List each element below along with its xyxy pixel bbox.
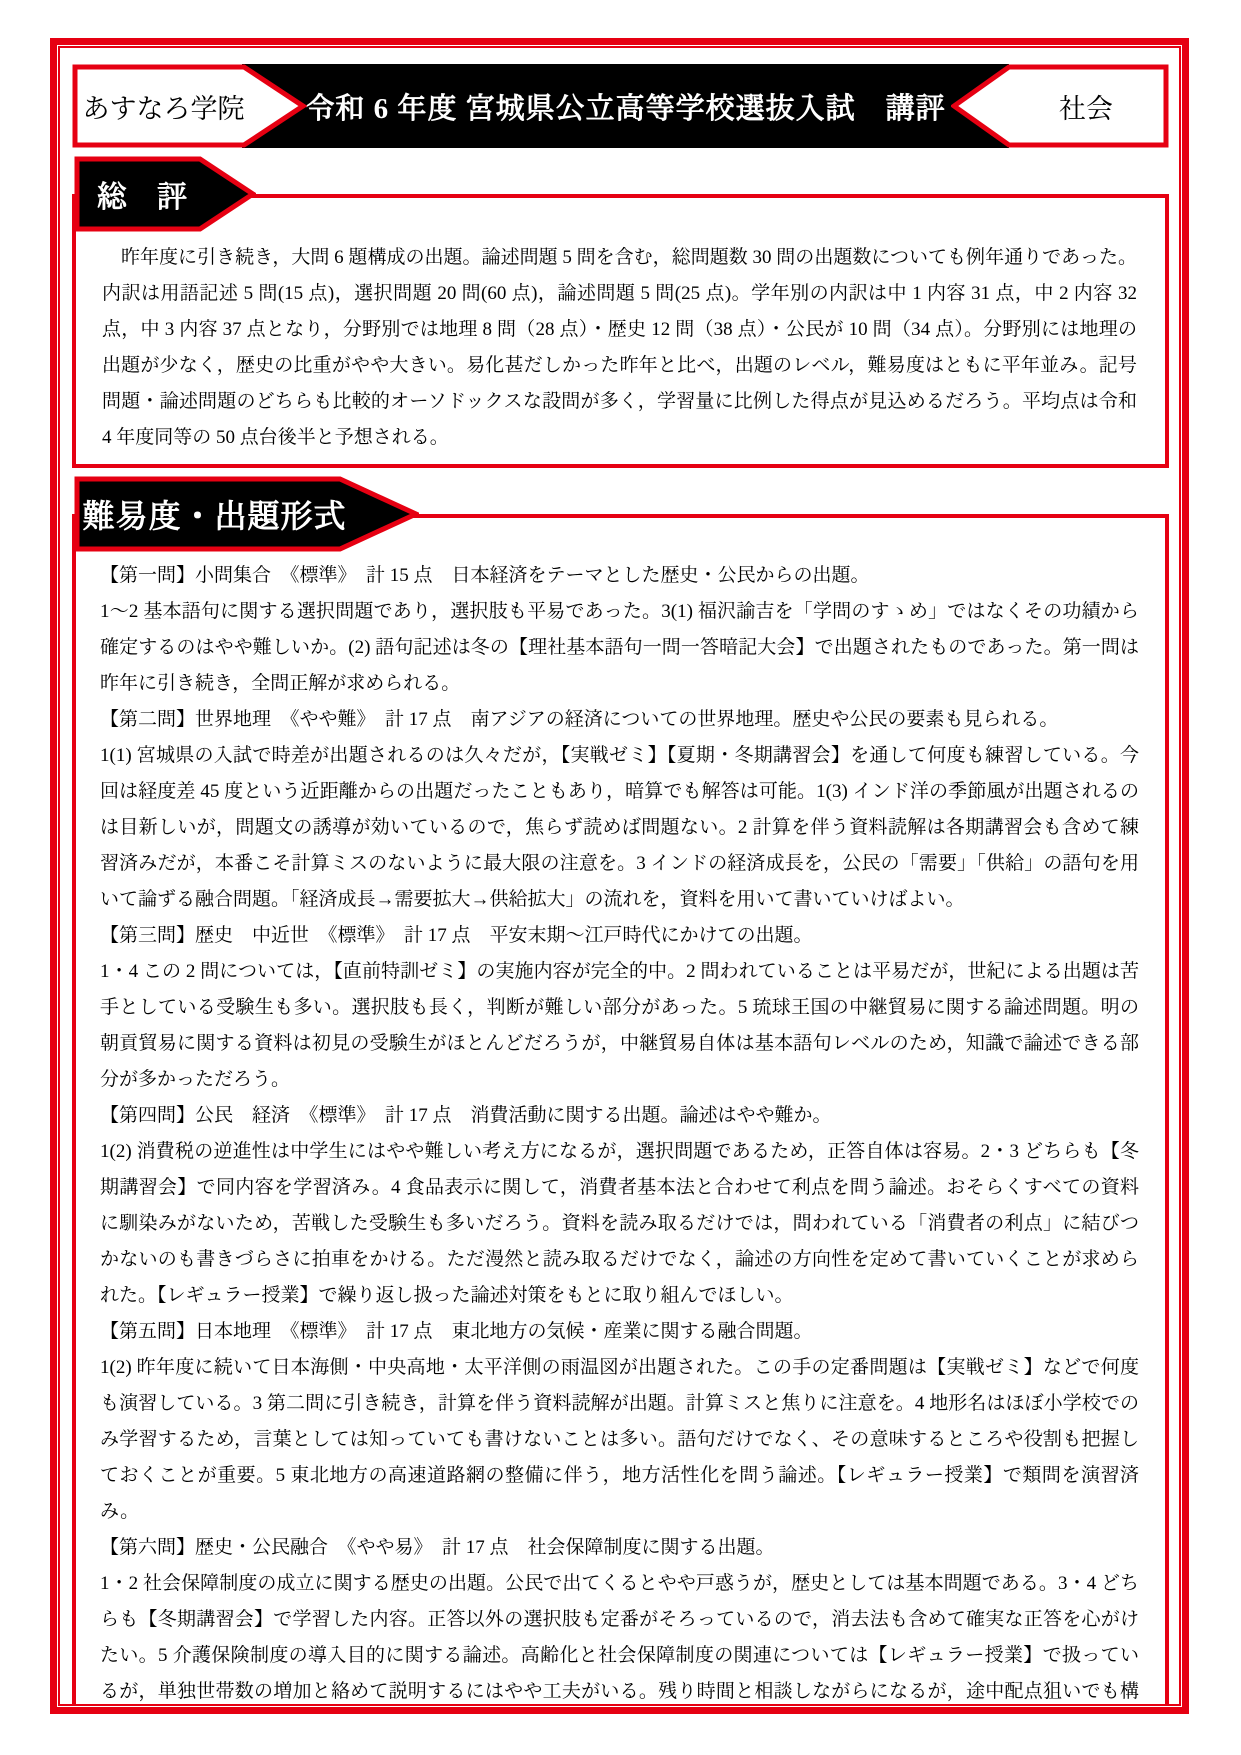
exam-section-heading: 【第六問】歴史・公民融合 《やや易》 計 17 点 社会保障制度に関する出題。 — [100, 1530, 1139, 1566]
school-label: あすなろ学院 — [78, 64, 249, 148]
overview-banner: 総 評 — [74, 156, 256, 232]
difficulty-heading: 難易度・出題形式 — [90, 476, 339, 552]
exam-section-body: 1～2 基本語句に関する選択問題であり，選択肢も平易であった。3(1) 福沢諭吉… — [100, 594, 1139, 702]
exam-section-heading: 【第三問】歴史 中近世 《標準》 計 17 点 平安末期～江戸時代にかけての出題… — [100, 918, 1139, 954]
overview-heading: 総 評 — [84, 156, 200, 232]
exam-section: 【第四問】公民 経済 《標準》 計 17 点 消費活動に関する出題。論述はやや難… — [100, 1098, 1139, 1314]
exam-section-heading: 【第五問】日本地理 《標準》 計 17 点 東北地方の気候・産業に関する融合問題… — [100, 1314, 1139, 1350]
difficulty-box: 【第一問】小問集合 《標準》 計 15 点 日本経済をテーマとした歴史・公民から… — [72, 514, 1169, 1706]
exam-section-heading: 【第二問】世界地理 《やや難》 計 17 点 南アジアの経済についての世界地理。… — [100, 702, 1139, 738]
exam-section: 【第一問】小問集合 《標準》 計 15 点 日本経済をテーマとした歴史・公民から… — [100, 558, 1139, 702]
exam-section-body: 1(1) 宮城県の入試で時差が出題されるのは久々だが，【実戦ゼミ】【夏期・冬期講… — [100, 738, 1139, 918]
overview-panel: 総 評 昨年度に引き続き，大問 6 題構成の出題。論述問題 5 問を含む，総問題… — [72, 156, 1169, 468]
page-title: 令和 6 年度 宮城県公立高等学校選抜入試 講評 — [305, 86, 945, 127]
exam-section: 【第五問】日本地理 《標準》 計 17 点 東北地方の気候・産業に関する融合問題… — [100, 1314, 1139, 1530]
header-black-banner: 令和 6 年度 宮城県公立高等学校選抜入試 講評 — [242, 64, 1009, 148]
overview-box: 昨年度に引き続き，大問 6 題構成の出題。論述問題 5 問を含む，総問題数 30… — [72, 194, 1169, 468]
page: { "colors": { "accent_red": "#e60012", "… — [0, 0, 1241, 1755]
difficulty-panel: 難易度・出題形式 【第一問】小問集合 《標準》 計 15 点 日本経済をテーマと… — [72, 476, 1169, 1706]
difficulty-sections: 【第一問】小問集合 《標準》 計 15 点 日本経済をテーマとした歴史・公民から… — [100, 558, 1139, 1706]
exam-section-body: 1(2) 消費税の逆進性は中学生にはやや難しい考え方になるが，選択問題であるため… — [100, 1134, 1139, 1314]
exam-section-body: 1・2 社会保障制度の成立に関する歴史の出題。公民で出てくるとやや戸惑うが，歴史… — [100, 1566, 1139, 1706]
exam-section: 【第三問】歴史 中近世 《標準》 計 17 点 平安末期～江戸時代にかけての出題… — [100, 918, 1139, 1098]
exam-section-body: 1(2) 昨年度に続いて日本海側・中央高地・太平洋側の雨温図が出題された。この手… — [100, 1350, 1139, 1530]
subject-label: 社会 — [1009, 64, 1163, 148]
difficulty-banner: 難易度・出題形式 — [74, 476, 419, 552]
school-tag: あすなろ学院 — [72, 64, 307, 148]
exam-section: 【第六問】歴史・公民融合 《やや易》 計 17 点 社会保障制度に関する出題。 … — [100, 1530, 1139, 1706]
exam-section-body: 1・4 この 2 問については，【直前特訓ゼミ】の実施内容が完全的中。2 問われ… — [100, 954, 1139, 1098]
subject-tag: 社会 — [951, 64, 1169, 148]
exam-section-heading: 【第一問】小問集合 《標準》 計 15 点 日本経済をテーマとした歴史・公民から… — [100, 558, 1139, 594]
page-frame-inner: 令和 6 年度 宮城県公立高等学校選抜入試 講評 あすなろ学院 社会 — [58, 46, 1181, 1706]
exam-section-heading: 【第四問】公民 経済 《標準》 計 17 点 消費活動に関する出題。論述はやや難… — [100, 1098, 1139, 1134]
overview-paragraph: 昨年度に引き続き，大問 6 題構成の出題。論述問題 5 問を含む，総問題数 30… — [102, 240, 1137, 456]
exam-section: 【第二問】世界地理 《やや難》 計 17 点 南アジアの経済についての世界地理。… — [100, 702, 1139, 918]
page-frame: 令和 6 年度 宮城県公立高等学校選抜入試 講評 あすなろ学院 社会 — [50, 38, 1189, 1714]
header-band: 令和 6 年度 宮城県公立高等学校選抜入試 講評 あすなろ学院 社会 — [72, 64, 1169, 148]
